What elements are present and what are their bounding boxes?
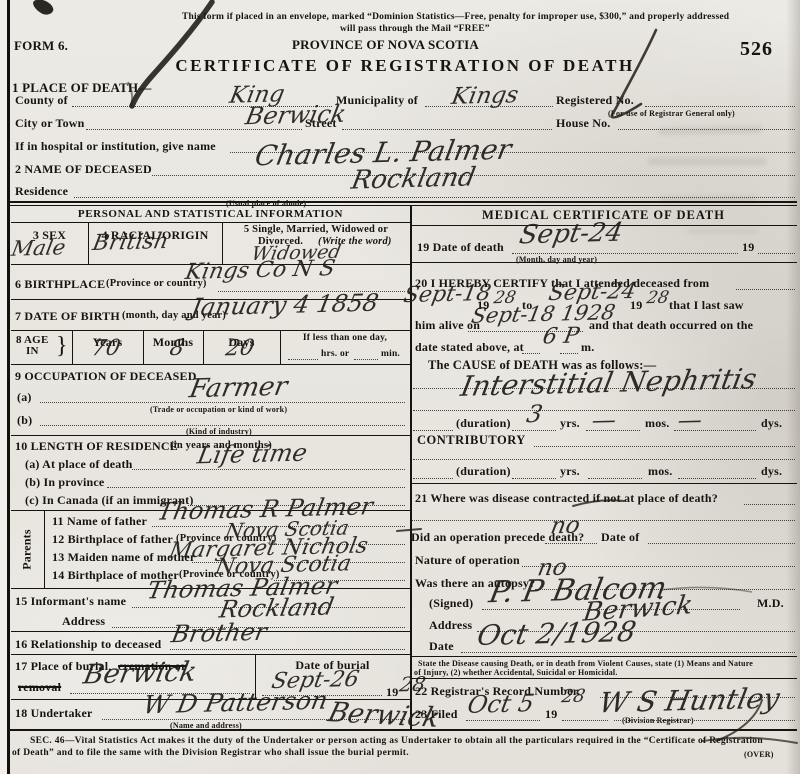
date-of-death-handwritten: Sept-24: [517, 218, 625, 251]
relationship-label: 16 Relationship to deceased: [15, 637, 161, 652]
death-time-handwritten: 6 P: [541, 324, 582, 350]
row-line: [11, 330, 410, 331]
mos2-label: mos.: [648, 464, 672, 479]
marital-label-line1: 5 Single, Married, Widowed or: [222, 224, 410, 235]
birthplace-handwritten: Kings Co N S: [183, 256, 337, 285]
dotted-leader: [412, 520, 795, 521]
dotted-leader: [413, 478, 453, 479]
father-name-label: 11 Name of father: [52, 514, 147, 529]
parents-cell-divider: [44, 510, 45, 588]
date-of-death-label: 19 Date of death: [417, 240, 504, 255]
dotted-leader: [648, 543, 795, 544]
dotted-leader: [342, 129, 552, 130]
less-than-day-label: If less than one day,: [280, 333, 410, 343]
dotted-leader: [413, 459, 795, 460]
dotted-leader: [512, 478, 556, 479]
dotted-leader: [614, 720, 795, 721]
province-title: PROVINCE OF NOVA SCOTIA: [292, 37, 479, 53]
dotted-leader: [74, 197, 795, 198]
document-title: CERTIFICATE OF REGISTRATION OF DEATH: [0, 56, 800, 76]
residence-label: Residence: [15, 184, 68, 199]
attended-to-year-printed: 19: [630, 298, 642, 313]
duration-label: (duration): [456, 416, 511, 431]
dotted-leader: [678, 478, 756, 479]
dotted-leader: [40, 425, 405, 426]
birthplace-label: 6 BIRTHPLACE: [15, 277, 105, 292]
scan-shadow-right: [786, 0, 800, 774]
dotted-leader: [461, 652, 795, 653]
undertaker-handwritten: W D Patterson: [141, 686, 330, 720]
age-label-line2: IN: [26, 345, 39, 357]
dotted-leader: [170, 649, 405, 650]
bleed-through-text: [658, 126, 762, 135]
occupation-b-label: (b): [17, 413, 32, 428]
dotted-leader: [645, 106, 795, 107]
hospital-label: If in hospital or institution, give name: [15, 139, 216, 154]
municipality-value-handwritten: Kings: [449, 82, 520, 110]
certify-line1b: that I last saw: [669, 298, 744, 313]
double-rule-top: [8, 201, 797, 203]
dob-label: 7 DATE OF BIRTH: [15, 309, 120, 324]
operation-precede-handwritten: no: [549, 513, 583, 540]
sex-value-handwritten: Male: [10, 235, 68, 260]
dotted-leader: [413, 430, 453, 431]
dotted-leader: [545, 543, 597, 544]
certificate-date-label: Date: [429, 639, 454, 654]
row-line: [410, 262, 797, 263]
dotted-leader: [588, 478, 642, 479]
disease-contracted-label: 21 Where was disease contracted if not a…: [415, 491, 718, 506]
filed-year-handwritten: 28: [560, 686, 587, 708]
death-certificate-scan: This form if placed in an envelope, mark…: [0, 0, 800, 774]
envelope-note-line1: This form if placed in an envelope, mark…: [182, 12, 729, 22]
sec46-line1: SEC. 46—Vital Statistics Act makes it th…: [30, 736, 763, 746]
dotted-leader: [534, 446, 795, 447]
death-time-m-label: m.: [581, 340, 594, 355]
dotted-leader: [522, 353, 540, 354]
informant-address-label: Address: [62, 614, 105, 629]
dotted-leader: [562, 720, 608, 721]
dotted-leader: [288, 359, 318, 360]
filed-label: 23 Filed: [415, 707, 458, 722]
residence-b-label: (b) In province: [25, 475, 104, 490]
certificate-date-handwritten: Oct 2/1928: [475, 615, 639, 652]
city-label: City or Town: [15, 116, 85, 131]
dotted-leader: [736, 289, 795, 290]
parents-vertical-label: Parents: [20, 523, 35, 577]
ink-blob-top-left: [33, 0, 53, 15]
county-label: County of: [15, 93, 68, 108]
burial-place-handwritten: Berwick: [81, 657, 199, 691]
row-line: [410, 483, 797, 484]
residence-a-label: (a) At place of death: [25, 457, 133, 472]
informant-name-label: 15 Informant's name: [15, 594, 126, 609]
deceased-name-label: 2 NAME OF DECEASED: [15, 162, 152, 177]
envelope-note-line2: will pass through the Mail “FREE”: [340, 24, 490, 34]
physician-address-label: Address: [429, 618, 472, 633]
violent-note-line1: State the Disease causing Death, or in d…: [418, 659, 753, 668]
dotted-leader: [512, 430, 556, 431]
yrs2-label: yrs.: [560, 464, 580, 479]
attended-to-year-handwritten: 28: [645, 288, 670, 309]
certify-line3a: date stated above, at: [415, 340, 524, 355]
dotted-leader: [132, 469, 405, 470]
burial-year-printed: 19: [386, 685, 398, 700]
dotted-leader: [107, 487, 405, 488]
operation-date-label: Date of: [601, 530, 639, 545]
undertaker-note: (Name and address): [170, 721, 242, 730]
occupation-handwritten: Farmer: [187, 372, 290, 405]
undertaker-label: 18 Undertaker: [15, 706, 93, 721]
hrs-label: hrs. or: [321, 349, 349, 359]
racial-origin-handwritten: British: [90, 229, 170, 256]
occupation-a-label: (a): [17, 390, 32, 405]
contributory-label: CONTRIBUTORY: [417, 433, 526, 448]
row-line: [11, 654, 410, 655]
age-years-handwritten: 70: [90, 336, 123, 362]
residence-length-label: 10 LENGTH OF RESIDENCE: [15, 439, 178, 454]
residence-a-handwritten: Life time: [195, 439, 309, 470]
operation-nature-label: Nature of operation: [415, 553, 520, 568]
yrs-label: yrs.: [560, 416, 580, 431]
row-line: [11, 435, 410, 436]
min-label: min.: [381, 349, 400, 359]
mos-label: mos.: [645, 416, 669, 431]
dys2-label: dys.: [761, 464, 782, 479]
house-no-label: House No.: [556, 116, 610, 131]
over-label: (OVER): [744, 750, 774, 759]
dotted-leader: [758, 253, 795, 254]
occupation-label: 9 OCCUPATION OF DECEASED: [15, 369, 197, 384]
bleed-through-text: [648, 158, 766, 165]
age-brace: }: [56, 333, 68, 360]
filed-date-handwritten: Oct 5: [465, 689, 536, 719]
dob-handwritten: January 4 1858: [189, 289, 381, 322]
dotted-leader: [512, 253, 738, 254]
dotted-leader: [354, 359, 378, 360]
signed-label: (Signed): [429, 596, 473, 611]
cause-of-death-handwritten: Interstitial Nephritis: [458, 362, 759, 403]
city-value-handwritten: Berwick: [243, 100, 348, 131]
row-line: [11, 364, 410, 365]
certify-line2b: and that death occurred on the: [589, 318, 753, 333]
burial-struck-removal: removal: [18, 680, 61, 695]
sec46-line2: of Death” and to file the same with the …: [12, 748, 409, 758]
form-left-border: [7, 0, 10, 774]
duration2-label: (duration): [456, 464, 511, 479]
note-box-line: [410, 678, 797, 679]
note-box-line: [410, 656, 797, 657]
filed-year-printed: 19: [545, 707, 557, 722]
dotted-leader: [618, 129, 795, 130]
registered-no-label: Registered No.: [556, 93, 634, 108]
double-rule-bottom: [8, 205, 797, 206]
relationship-handwritten: Brother: [169, 618, 269, 648]
personal-section-header: PERSONAL AND STATISTICAL INFORMATION: [11, 208, 410, 220]
scan-edge-left: [0, 0, 7, 774]
bleed-through-text: [688, 228, 758, 234]
duration-years-handwritten: 3: [524, 400, 545, 428]
date-of-death-year-printed: 19: [742, 240, 754, 255]
residence-value-handwritten: Rockland: [349, 162, 478, 195]
dotted-leader: [744, 504, 795, 505]
dotted-leader: [560, 353, 578, 354]
age-days-handwritten: 20: [224, 336, 257, 362]
dotted-leader: [466, 720, 540, 721]
registrar-general-note: (For use of Registrar General only): [608, 109, 735, 118]
occupation-a-note: (Trade or occupation or kind of work): [150, 405, 287, 414]
md-label: M.D.: [757, 596, 784, 611]
form-number: FORM 6.: [14, 38, 68, 54]
father-birthplace-label: 12 Birthplace of father: [52, 532, 173, 547]
registrar-signature-handwritten: W S Huntley: [596, 682, 782, 720]
dys-label: dys.: [761, 416, 782, 431]
violent-note-line2: of Injury, (2) whether Accidental, Suici…: [414, 668, 618, 677]
